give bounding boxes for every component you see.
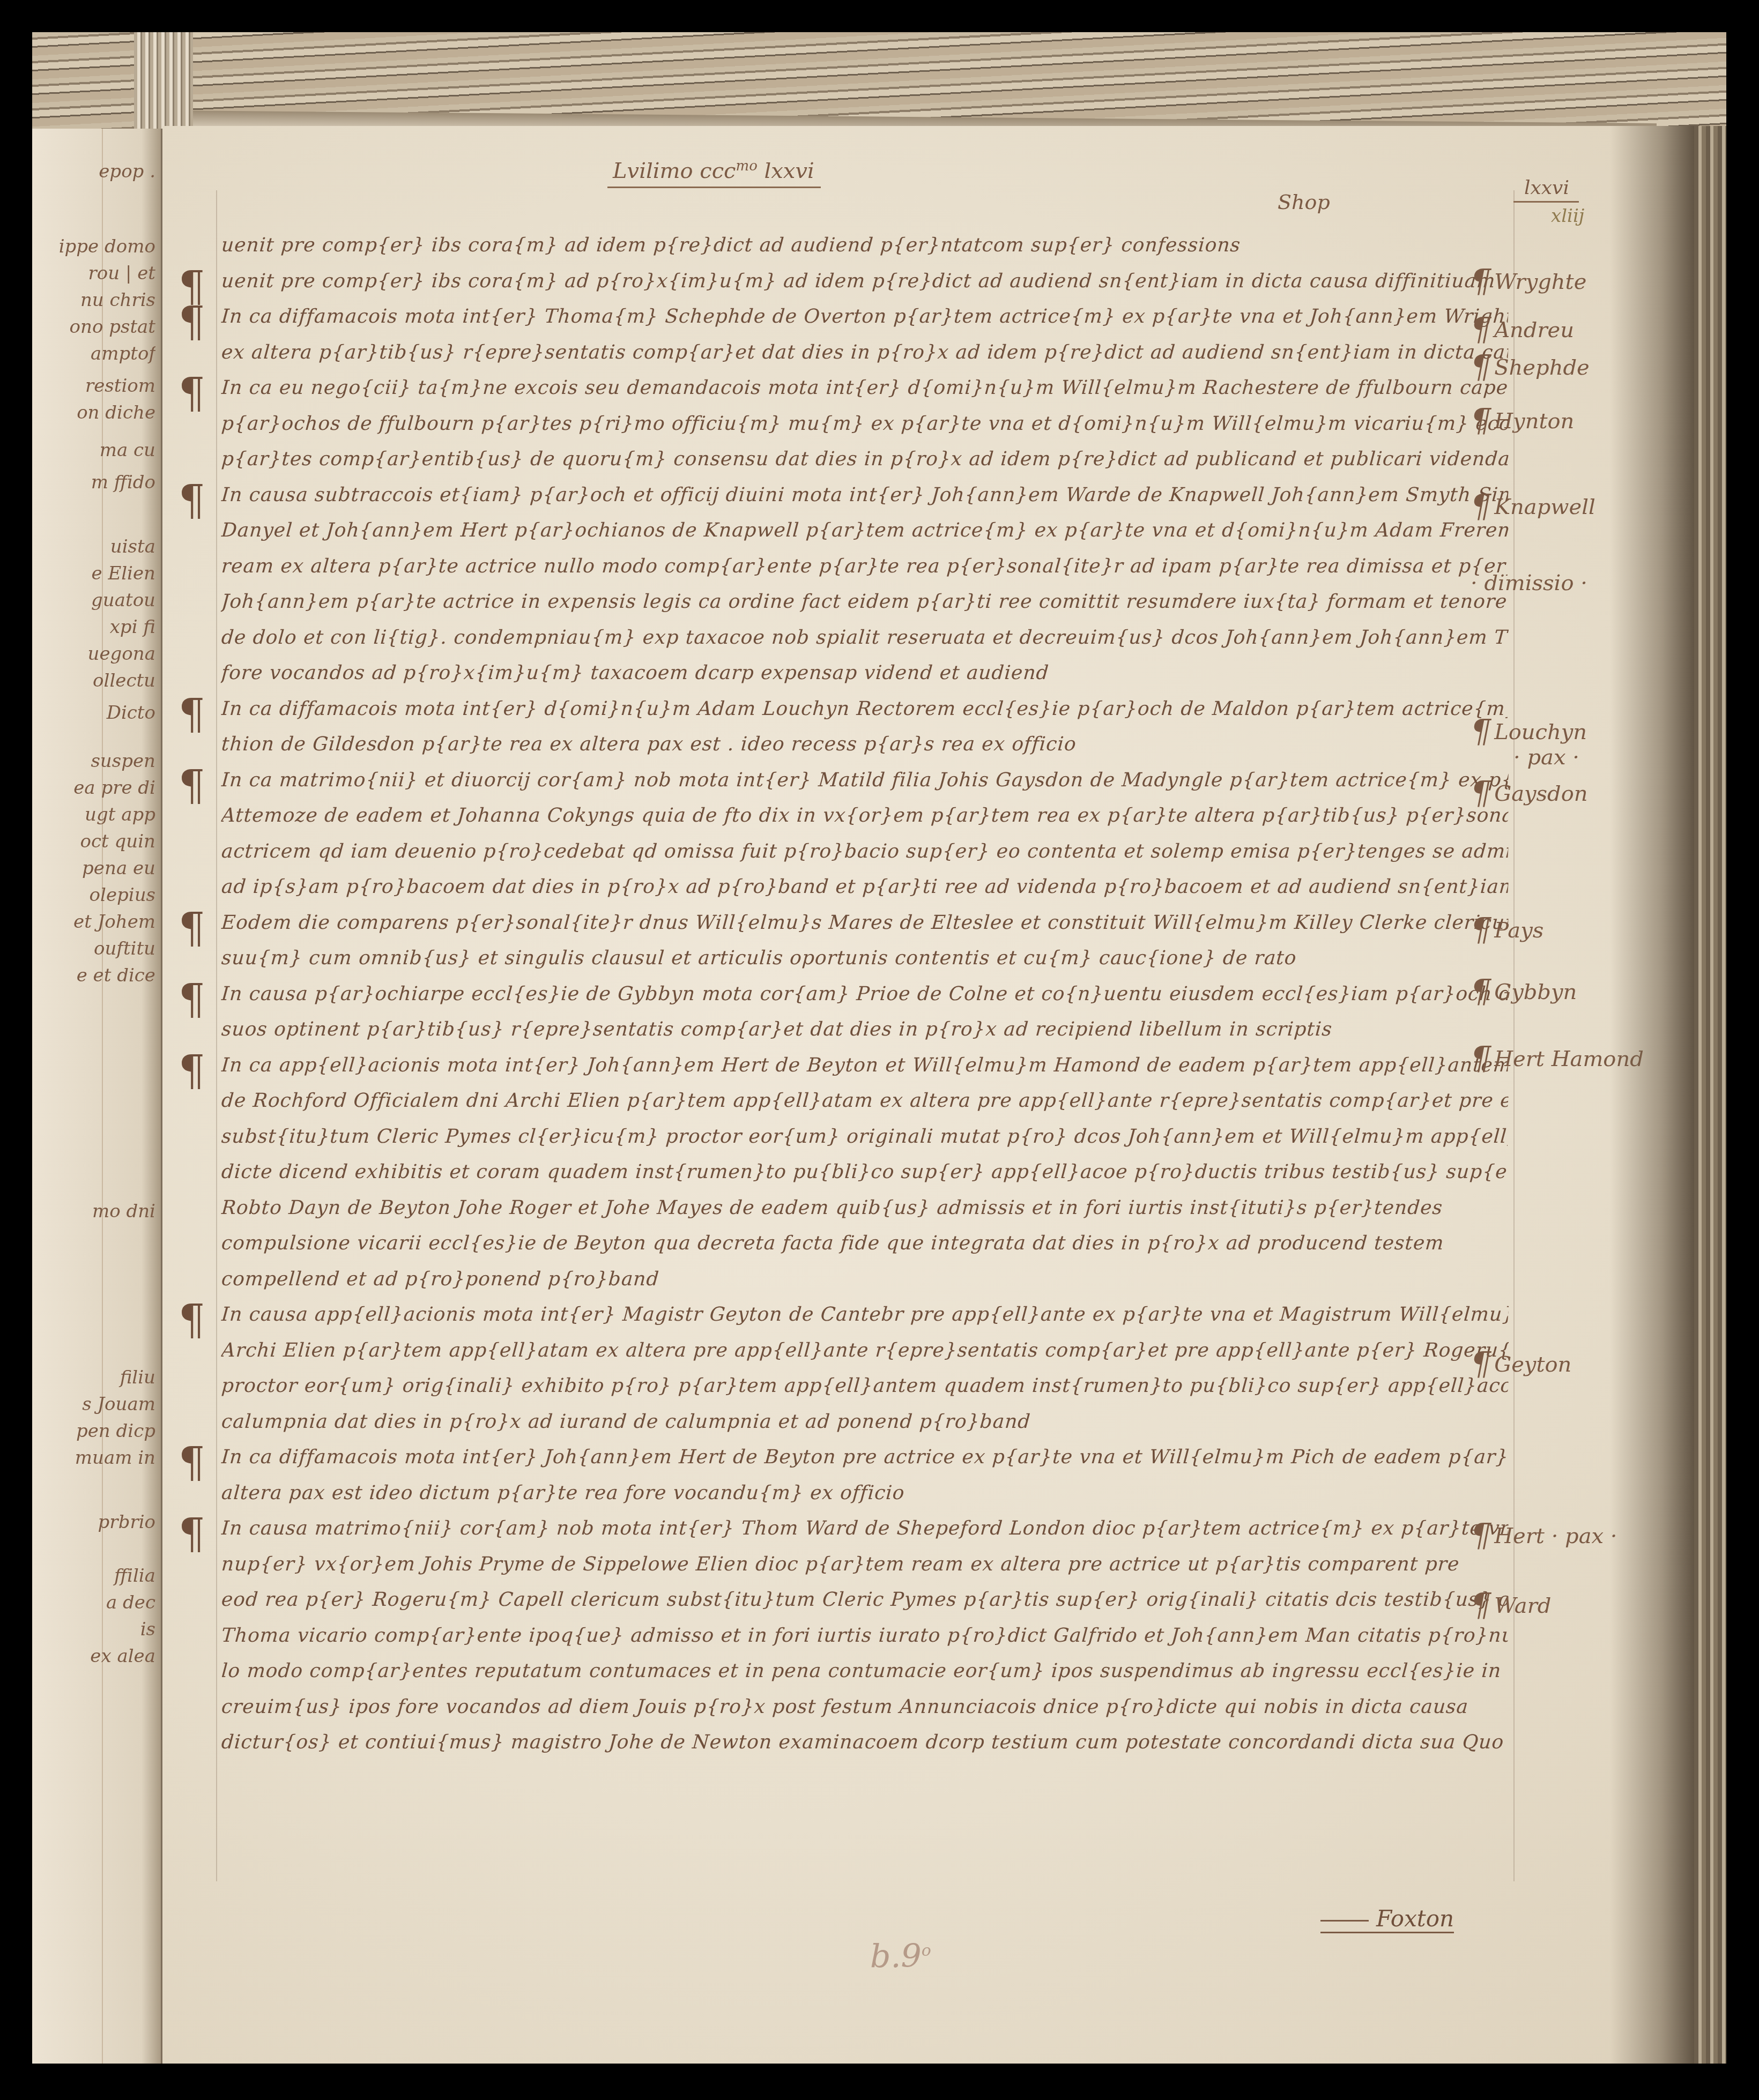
entry-line: ream ex altera p{ar}te actrice nullo mod… xyxy=(220,549,1510,585)
register-entry: ¶In causa app{ell}acionis mota int{er} M… xyxy=(221,1297,1508,1440)
entry-line: actricem qd iam deuenio p{ro}cedebat qd … xyxy=(220,834,1510,870)
entry-line: compellend et ad p{ro}ponend p{ro}band xyxy=(220,1262,1510,1298)
margin-note-text: Louchyn xyxy=(1494,720,1587,744)
margin-note: ¶Gybbyn xyxy=(1471,973,1577,1010)
register-entry: ¶In causa subtraccois et{iam} p{ar}och e… xyxy=(221,478,1508,691)
paragraph-mark-icon: ¶ xyxy=(1471,263,1491,300)
entry-line: altera pax est ideo dictum p{ar}te rea f… xyxy=(220,1476,1510,1511)
paragraph-mark-icon: ¶ xyxy=(179,1442,205,1484)
entry-line: compulsione vicarii eccl{es}ie de Beyton… xyxy=(220,1226,1510,1262)
left-page-line: filiu xyxy=(38,1367,155,1388)
entry-line: suos optinent p{ar}tib{us} r{epre}sentat… xyxy=(220,1012,1510,1048)
left-page-line: prbrio xyxy=(38,1511,155,1533)
entry-line: In ca diffamacois mota int{er} d{omi}n{u… xyxy=(220,691,1510,727)
margin-top-number: lxxvi xyxy=(1513,177,1579,203)
paragraph-mark-icon: ¶ xyxy=(179,907,205,949)
header-year: Lvilimo ccc xyxy=(613,159,736,183)
margin-note-text: Geyton xyxy=(1494,1352,1571,1377)
margin-note: ¶Geyton xyxy=(1471,1345,1571,1383)
left-page-line: a dec xyxy=(38,1592,155,1613)
margin-note: ¶Ward xyxy=(1471,1587,1551,1624)
left-page-line: restiom xyxy=(38,375,155,397)
left-page-line: e et dice xyxy=(38,965,155,986)
entry-line: uenit pre comp{er} ibs cora{m} ad idem p… xyxy=(220,228,1510,264)
left-page-line: guatou xyxy=(38,590,155,611)
paragraph-mark-icon: ¶ xyxy=(1471,911,1491,949)
header-right-note: Shop xyxy=(1278,190,1330,214)
left-page-line: s Jouam xyxy=(38,1394,155,1415)
entry-line: Danyel et Joh{ann}em Hert p{ar}ochianos … xyxy=(220,513,1510,549)
header-number: lxxvi xyxy=(765,159,814,183)
paragraph-mark-icon: ¶ xyxy=(1471,311,1491,348)
entry-line: dictur{os} et contiui{mus} magistro Johe… xyxy=(220,1725,1510,1761)
paragraph-mark-icon: ¶ xyxy=(1471,1040,1491,1077)
register-entry: ¶In ca app{ell}acionis mota int{er} Joh{… xyxy=(221,1048,1508,1298)
paragraph-mark-icon: ¶ xyxy=(1471,1587,1491,1624)
entry-line: ad ip{s}am p{ro}bacoem dat dies in p{ro}… xyxy=(220,869,1510,905)
left-page-line: uegona xyxy=(38,643,155,665)
left-page-line: ex alea xyxy=(38,1645,155,1667)
manuscript-photo: epop .ippe domorou | etnu chrisono pstat… xyxy=(32,32,1726,2064)
left-page-line: e Elien xyxy=(38,563,155,584)
entry-line: In ca diffamacois mota int{er} Thoma{m} … xyxy=(220,299,1510,335)
margin-note-text: Shephde xyxy=(1494,355,1589,380)
paragraph-mark-icon: ¶ xyxy=(1471,973,1491,1010)
entry-line: In causa p{ar}ochiarpe eccl{es}ie de Gyb… xyxy=(220,977,1510,1012)
ruling-line-left xyxy=(216,190,217,1881)
entry-line: Attemoze de eadem et Johanna Cokyngs qui… xyxy=(220,798,1510,834)
left-page-line: ea pre di xyxy=(38,777,155,799)
entry-line: de Rochford Officialem dni Archi Elien p… xyxy=(220,1083,1510,1119)
paragraph-mark-icon: ¶ xyxy=(179,1299,205,1341)
margin-note: ¶Shephde xyxy=(1471,348,1590,386)
paragraph-mark-icon: ¶ xyxy=(179,1513,205,1555)
left-page-line: nu chris xyxy=(38,289,155,311)
margin-note: ¶Hynton xyxy=(1471,402,1574,440)
folio-header: Lvilimo cccmo lxxvi xyxy=(607,158,821,188)
folio-mark: b.9o xyxy=(870,1938,931,1975)
entry-line: lo modo comp{ar}entes reputatum contumac… xyxy=(220,1654,1510,1689)
folio-mark-sup: o xyxy=(922,1941,931,1960)
left-page-line: rou | et xyxy=(38,263,155,284)
margin-note-text: Pays xyxy=(1494,918,1543,943)
paragraph-mark-icon: ¶ xyxy=(179,765,205,807)
entry-line: In causa subtraccois et{iam} p{ar}och et… xyxy=(220,478,1510,513)
entry-line: In ca diffamacois mota int{er} Joh{ann}e… xyxy=(220,1440,1510,1476)
entry-line: Robto Dayn de Beyton Johe Roger et Johe … xyxy=(220,1190,1510,1226)
margin-note: ¶Wryghte xyxy=(1471,263,1586,300)
entry-line: fore vocandos ad p{ro}x{im}u{m} taxacoem… xyxy=(220,656,1510,691)
margin-note: · dimissio · xyxy=(1471,571,1587,595)
margin-note-text: Andreu xyxy=(1494,318,1574,342)
margin-note-text: · pax · xyxy=(1513,745,1579,770)
left-page-line: uista xyxy=(38,536,155,557)
paragraph-mark-icon: ¶ xyxy=(1471,713,1491,750)
register-entry: uenit pre comp{er} ibs cora{m} ad idem p… xyxy=(221,228,1508,264)
margin-note: ¶Knapwell xyxy=(1471,488,1595,525)
margin-top-number-2: xliij xyxy=(1551,205,1584,227)
margin-note: ¶Gaysdon xyxy=(1471,775,1588,812)
paragraph-mark-icon: ¶ xyxy=(179,373,205,414)
margin-note-text: Wryghte xyxy=(1494,270,1586,294)
entry-line: de dolo et con li{tig}. condempniau{m} e… xyxy=(220,620,1510,656)
register-entry: ¶In ca diffamacois mota int{er} Joh{ann}… xyxy=(221,1440,1508,1511)
left-page-line: ollectu xyxy=(38,670,155,691)
entry-line: proctor eor{um} orig{inali} exhibito p{r… xyxy=(220,1368,1510,1404)
left-page-line: ugt app xyxy=(38,804,155,825)
left-page-fragment: epop .ippe domorou | etnu chrisono pstat… xyxy=(32,129,162,2064)
margin-note: ¶Pays xyxy=(1471,911,1543,949)
left-page-line: mo dni xyxy=(38,1201,155,1222)
register-entry: ¶In ca diffamacois mota int{er} Thoma{m}… xyxy=(221,299,1508,370)
entry-line: thion de Gildesdon p{ar}te rea ex altera… xyxy=(220,727,1510,763)
left-page-line: ma cu xyxy=(38,440,155,461)
entry-line: ex altera p{ar}tib{us} r{epre}sentatis c… xyxy=(220,335,1510,371)
book-right-edge xyxy=(1694,126,1726,2064)
entry-line: Joh{ann}em p{ar}te actrice in expensis l… xyxy=(220,584,1510,620)
left-page-line: is xyxy=(38,1619,155,1640)
margin-note: ¶Hert Hamond xyxy=(1471,1040,1644,1077)
left-page-line: oct quin xyxy=(38,831,155,852)
paragraph-mark-icon: ¶ xyxy=(1471,348,1491,386)
entry-line: In causa matrimo{nii} cor{am} nob mota i… xyxy=(220,1511,1510,1547)
entry-line: Archi Elien p{ar}tem app{ell}atam ex alt… xyxy=(220,1333,1510,1369)
paragraph-mark-icon: ¶ xyxy=(1471,402,1491,440)
folio-mark-text: b.9 xyxy=(870,1938,922,1975)
left-page-line: olepius xyxy=(38,884,155,906)
register-entries: uenit pre comp{er} ibs cora{m} ad idem p… xyxy=(221,228,1508,1761)
margin-note-text: · dimissio · xyxy=(1471,571,1587,595)
entry-line: uenit pre comp{er} ibs cora{m} ad p{ro}x… xyxy=(220,264,1510,300)
entry-line: p{ar}tes comp{ar}entib{us} de quoru{m} c… xyxy=(220,442,1510,478)
paragraph-mark-icon: ¶ xyxy=(1471,775,1491,812)
margin-note-text: Hert · pax · xyxy=(1494,1524,1617,1548)
entry-line: Eodem die comparens p{er}sonal{ite}r dnu… xyxy=(220,905,1510,941)
paragraph-mark-icon: ¶ xyxy=(179,694,205,735)
entry-line: p{ar}ochos de ffulbourn p{ar}tes p{ri}mo… xyxy=(220,406,1510,442)
ruling-line-right xyxy=(1513,190,1515,1881)
margin-note-text: Knapwell xyxy=(1494,495,1595,519)
book-top-edge xyxy=(32,32,1726,130)
margin-note: ¶Hert · pax · xyxy=(1471,1517,1617,1554)
paragraph-mark-icon: ¶ xyxy=(179,301,205,343)
paragraph-mark-icon: ¶ xyxy=(179,480,205,522)
paragraph-mark-icon: ¶ xyxy=(1471,1517,1491,1554)
register-entry: ¶In causa matrimo{nii} cor{am} nob mota … xyxy=(221,1511,1508,1761)
margin-note-text: Hynton xyxy=(1494,409,1574,434)
register-entry: ¶uenit pre comp{er} ibs cora{m} ad p{ro}… xyxy=(221,264,1508,300)
catchword-text: Foxton xyxy=(1376,1905,1454,1932)
entry-line: nup{er} vx{or}em Johis Pryme de Sippelow… xyxy=(220,1547,1510,1583)
paragraph-mark-icon: ¶ xyxy=(179,979,205,1021)
margin-note-text: Gybbyn xyxy=(1494,980,1577,1004)
entry-line: calumpnia dat dies in p{ro}x ad iurand d… xyxy=(220,1404,1510,1440)
register-entry: ¶In ca matrimo{nii} et diuorcij cor{am} … xyxy=(221,763,1508,905)
left-page-line: ono pstat xyxy=(38,316,155,338)
entry-line: In ca app{ell}acionis mota int{er} Joh{a… xyxy=(220,1048,1510,1084)
register-entry: ¶In causa p{ar}ochiarpe eccl{es}ie de Gy… xyxy=(221,977,1508,1048)
left-page-line: et Johem xyxy=(38,911,155,933)
binding-tassel xyxy=(134,32,193,134)
paragraph-mark-icon: ¶ xyxy=(1471,1345,1491,1383)
left-page-line: on diche xyxy=(38,402,155,423)
header-sup: mo xyxy=(736,158,757,174)
register-entry: ¶In ca diffamacois mota int{er} d{omi}n{… xyxy=(221,691,1508,763)
main-folio: Lvilimo cccmo lxxvi Shop lxxvi xliij uen… xyxy=(162,126,1696,2064)
entry-line: dicte dicend exhibitis et coram quadem i… xyxy=(220,1155,1510,1190)
margin-note: ¶Andreu xyxy=(1471,311,1574,348)
left-page-line: Dicto xyxy=(38,702,155,724)
left-page-line: suspen xyxy=(38,750,155,772)
entry-line: In causa app{ell}acionis mota int{er} Ma… xyxy=(220,1297,1510,1333)
left-page-line: amptof xyxy=(38,343,155,364)
register-entry: ¶In ca eu nego{cii} ta{m}ne excois seu d… xyxy=(221,370,1508,478)
catchword-dash xyxy=(1320,1920,1369,1922)
register-entry: ¶Eodem die comparens p{er}sonal{ite}r dn… xyxy=(221,905,1508,977)
entry-line: In ca matrimo{nii} et diuorcij cor{am} n… xyxy=(220,763,1510,799)
left-page-line: muam in xyxy=(38,1447,155,1469)
left-page-line: xpi fi xyxy=(38,616,155,638)
paragraph-mark-icon: ¶ xyxy=(179,1050,205,1092)
left-page-line: pen dicp xyxy=(38,1420,155,1442)
left-page-line: ouftitu xyxy=(38,938,155,959)
margin-note-text: Gaysdon xyxy=(1494,781,1587,806)
left-page-line: ffilia xyxy=(38,1565,155,1587)
catchword: Foxton xyxy=(1320,1905,1454,1933)
left-page-line: epop . xyxy=(38,161,155,182)
margin-note-text: Hert Hamond xyxy=(1494,1047,1644,1071)
left-page-line: pena eu xyxy=(38,858,155,879)
left-page-line: ippe domo xyxy=(38,236,155,257)
left-page-line: m ffido xyxy=(38,472,155,493)
margin-note-text: Ward xyxy=(1494,1593,1551,1618)
entry-line: Thoma vicario comp{ar}ente ipoq{ue} admi… xyxy=(220,1618,1510,1654)
entry-line: In ca eu nego{cii} ta{m}ne excois seu de… xyxy=(220,370,1510,406)
paragraph-mark-icon: ¶ xyxy=(1471,488,1491,525)
entry-line: subst{itu}tum Cleric Pymes cl{er}icu{m} … xyxy=(220,1119,1510,1155)
entry-line: suu{m} cum omnib{us} et singulis clausul… xyxy=(220,941,1510,977)
margin-note: · pax · xyxy=(1513,745,1579,770)
entry-line: creuim{us} ipos fore vocandos ad diem Jo… xyxy=(220,1689,1510,1725)
entry-line: eod rea p{er} Rogeru{m} Capell clericum … xyxy=(220,1582,1510,1618)
